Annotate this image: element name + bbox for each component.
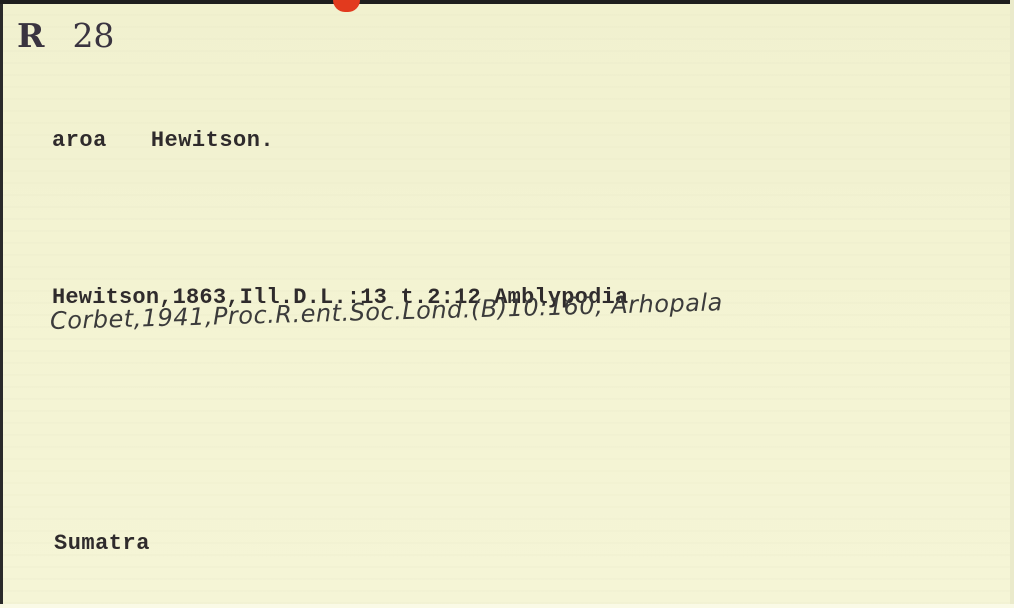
species-name-line: aroaHewitson.: [52, 128, 274, 153]
locality: Sumatra: [54, 531, 150, 556]
call-number-letter: R: [17, 16, 44, 55]
card-right-edge: [1010, 0, 1014, 608]
call-number-value: 28: [72, 16, 114, 55]
species-epithet: aroa: [52, 128, 107, 153]
species-author: Hewitson.: [151, 128, 274, 153]
card-bottom-edge: [0, 604, 1014, 608]
call-number: R28: [17, 16, 114, 55]
